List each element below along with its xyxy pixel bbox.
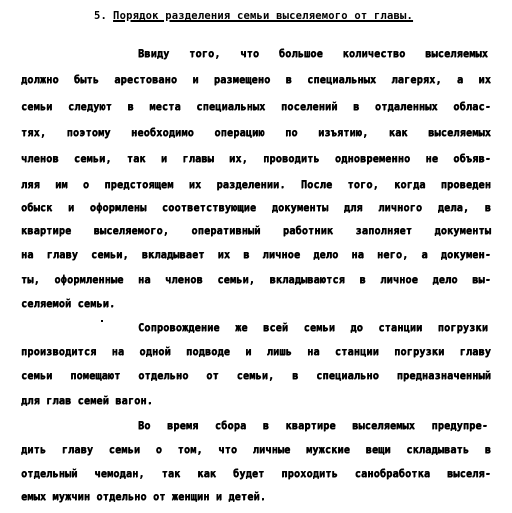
section-heading: 5.Порядок разделения семьи выселяемого о…	[94, 10, 413, 22]
paragraph-1-line-8: квартире выселяемого, оперативный работн…	[21, 225, 491, 239]
section-title: Порядок разделения семьи выселяемого от …	[113, 10, 413, 22]
paragraph-1-line-10: ты, оформленные на членов семьи, вкладыв…	[21, 274, 491, 288]
paragraph-3-line-4: емых мужчин отдельно от женщин и детей.	[21, 491, 491, 505]
paragraph-2-line-1: Сопровождение же всей семьи до станции п…	[138, 322, 488, 336]
paragraph-1-line-3: семьи следуют в места специальных поселе…	[21, 101, 491, 115]
section-number: 5.	[94, 10, 107, 22]
paragraph-2-line-4: для глав семей вагон.	[21, 395, 491, 409]
paragraph-1-line-7: обыск и оформлены соответствующие докуме…	[21, 202, 491, 216]
paragraph-2-line-2: производится на одной подводе и лишь на …	[21, 346, 491, 360]
paragraph-1-line-5: членов семьи, так и главы их, проводить …	[21, 153, 491, 167]
paragraph-1-line-1: Ввиду того, что большое количество высел…	[138, 48, 488, 62]
paragraph-1-line-9: на главу семьи, вкладывает их в личное д…	[21, 249, 491, 263]
paragraph-3-line-3: отдельный чемодан, так как будет проходи…	[21, 468, 491, 482]
paragraph-1-line-2: должно быть арестовано и размещено в спе…	[21, 74, 491, 88]
paragraph-1-line-6: ляя им о предстоящем их разделении. Посл…	[21, 179, 491, 193]
paragraph-3-line-2: дить главу семьи о том, что личные мужск…	[21, 444, 491, 458]
paragraph-1-line-11: селяемой семьи.	[21, 298, 491, 312]
paragraph-1-line-4: тях, поэтому необходимо операцию по изъя…	[21, 127, 491, 141]
scan-artifact	[101, 320, 103, 322]
paragraph-2-line-3: семьи помещают отдельно от семьи, в спец…	[21, 370, 491, 384]
document-page: 5.Порядок разделения семьи выселяемого о…	[0, 0, 512, 513]
paragraph-3-line-1: Во время сбора в квартире выселяемых пре…	[138, 420, 488, 434]
